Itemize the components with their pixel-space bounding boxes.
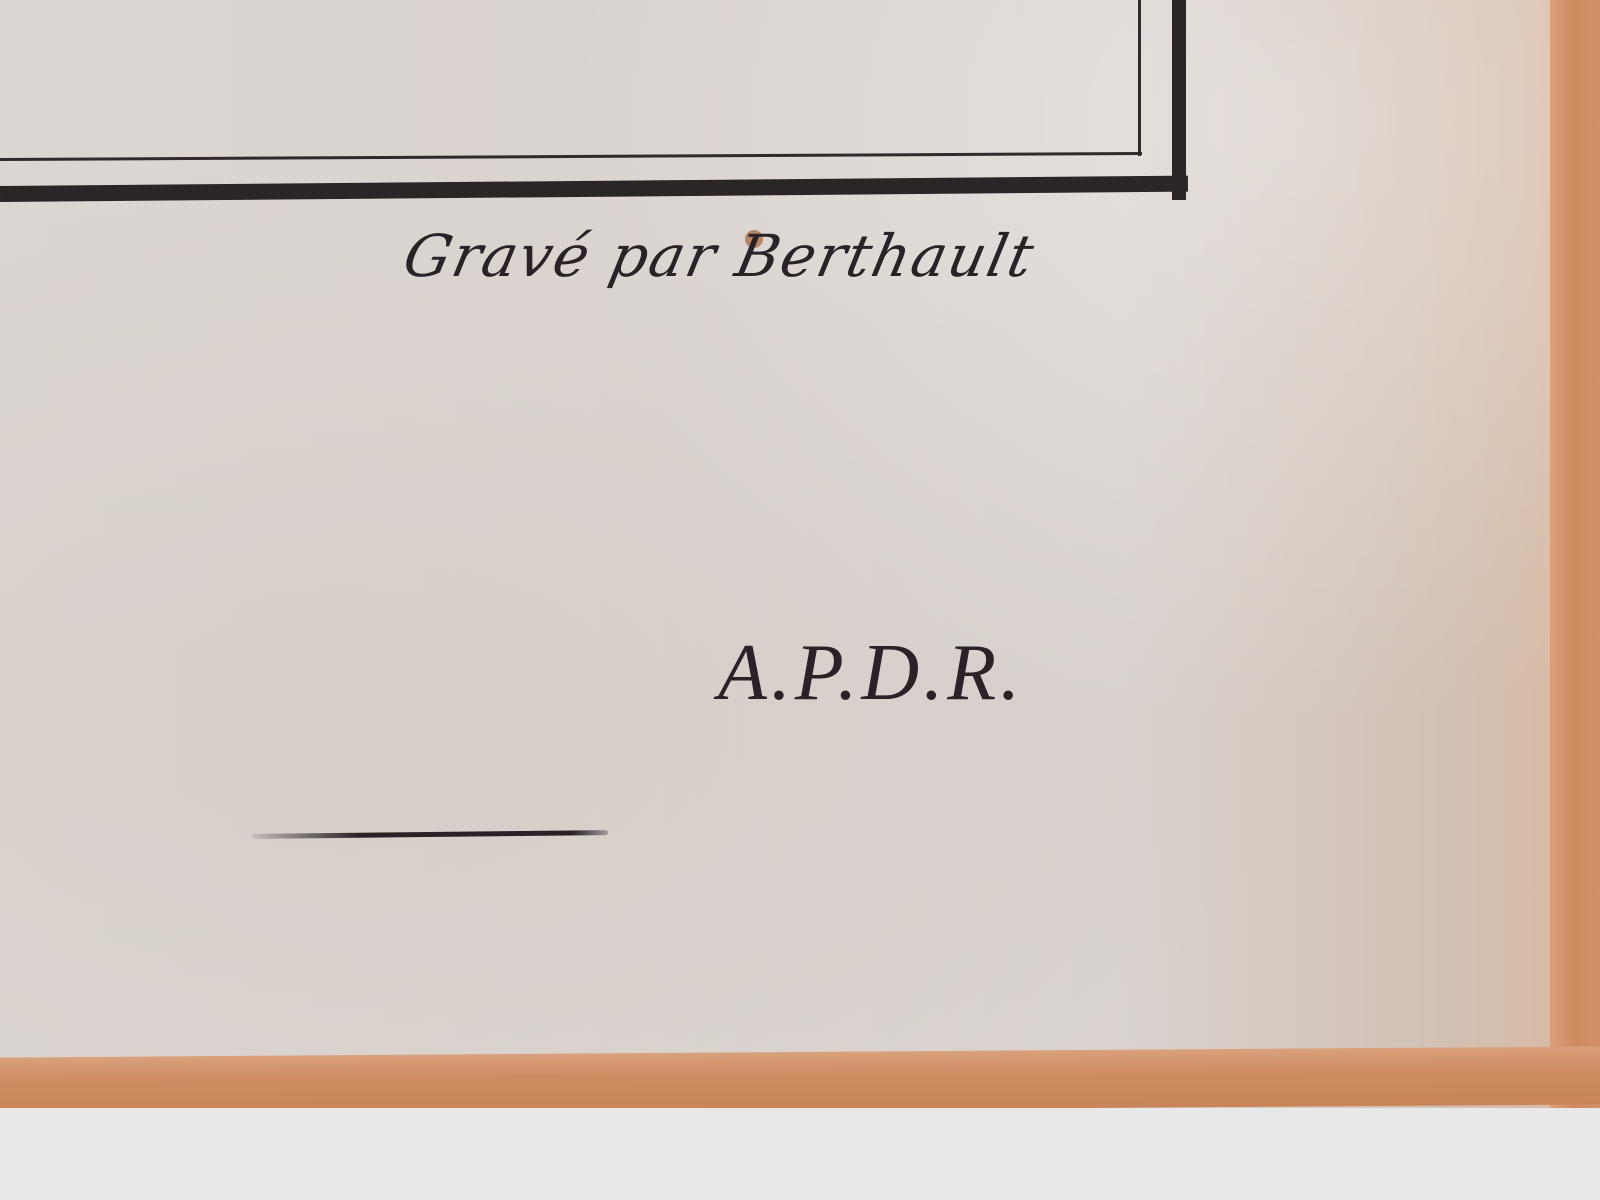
backing-board xyxy=(0,1108,1600,1200)
plate-border-inner-vertical xyxy=(1138,0,1141,156)
engraver-credit: Gravé par Berthault xyxy=(398,222,1042,290)
privilege-mark: A.P.D.R. xyxy=(718,628,1024,719)
mat-edge-horizontal xyxy=(0,1046,1600,1115)
mat-edge-vertical xyxy=(1550,0,1600,1108)
plate-border-outer-vertical xyxy=(1172,0,1186,200)
